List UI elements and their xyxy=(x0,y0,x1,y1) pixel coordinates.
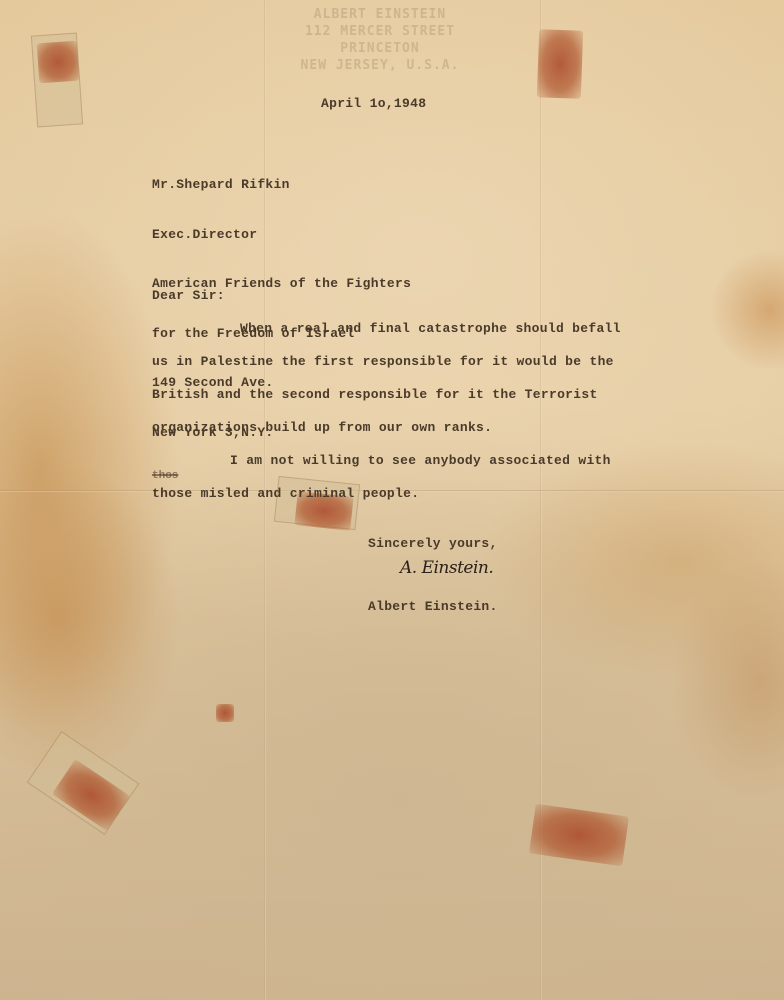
letterhead-line: PRINCETON xyxy=(280,40,480,57)
salutation: Dear Sir: xyxy=(152,288,225,303)
body-line-5: I am not willing to see anybody associat… xyxy=(152,453,611,468)
recipient-name: Mr.Shepard Rifkin xyxy=(152,177,411,194)
struck-through-word: thos xyxy=(152,470,178,482)
body-line-4: organizations build up from our own rank… xyxy=(152,420,492,435)
rust-stain-top-left xyxy=(37,41,80,84)
body-line-2: us in Palestine the first responsible fo… xyxy=(152,354,614,369)
recipient-title: Exec.Director xyxy=(152,227,411,244)
letterhead-line: ALBERT EINSTEIN xyxy=(280,6,480,23)
embossed-letterhead: ALBERT EINSTEIN 112 MERCER STREET PRINCE… xyxy=(280,6,480,74)
letterhead-line: NEW JERSEY, U.S.A. xyxy=(280,57,480,74)
closing: Sincerely yours, xyxy=(368,536,498,551)
body-line-1: When a real and final catastrophe should… xyxy=(152,321,621,336)
rust-stain-top-right xyxy=(537,29,583,98)
body-line-6: those misled and criminal people. xyxy=(152,486,419,501)
letterhead-line: 112 MERCER STREET xyxy=(280,23,480,40)
handwritten-signature: A. Einstein. xyxy=(400,558,493,578)
rust-spot-small xyxy=(216,704,234,722)
body-line-3: British and the second responsible for i… xyxy=(152,387,598,402)
typed-signer-name: Albert Einstein. xyxy=(368,599,498,614)
letter-date: April 1o,1948 xyxy=(321,96,426,111)
